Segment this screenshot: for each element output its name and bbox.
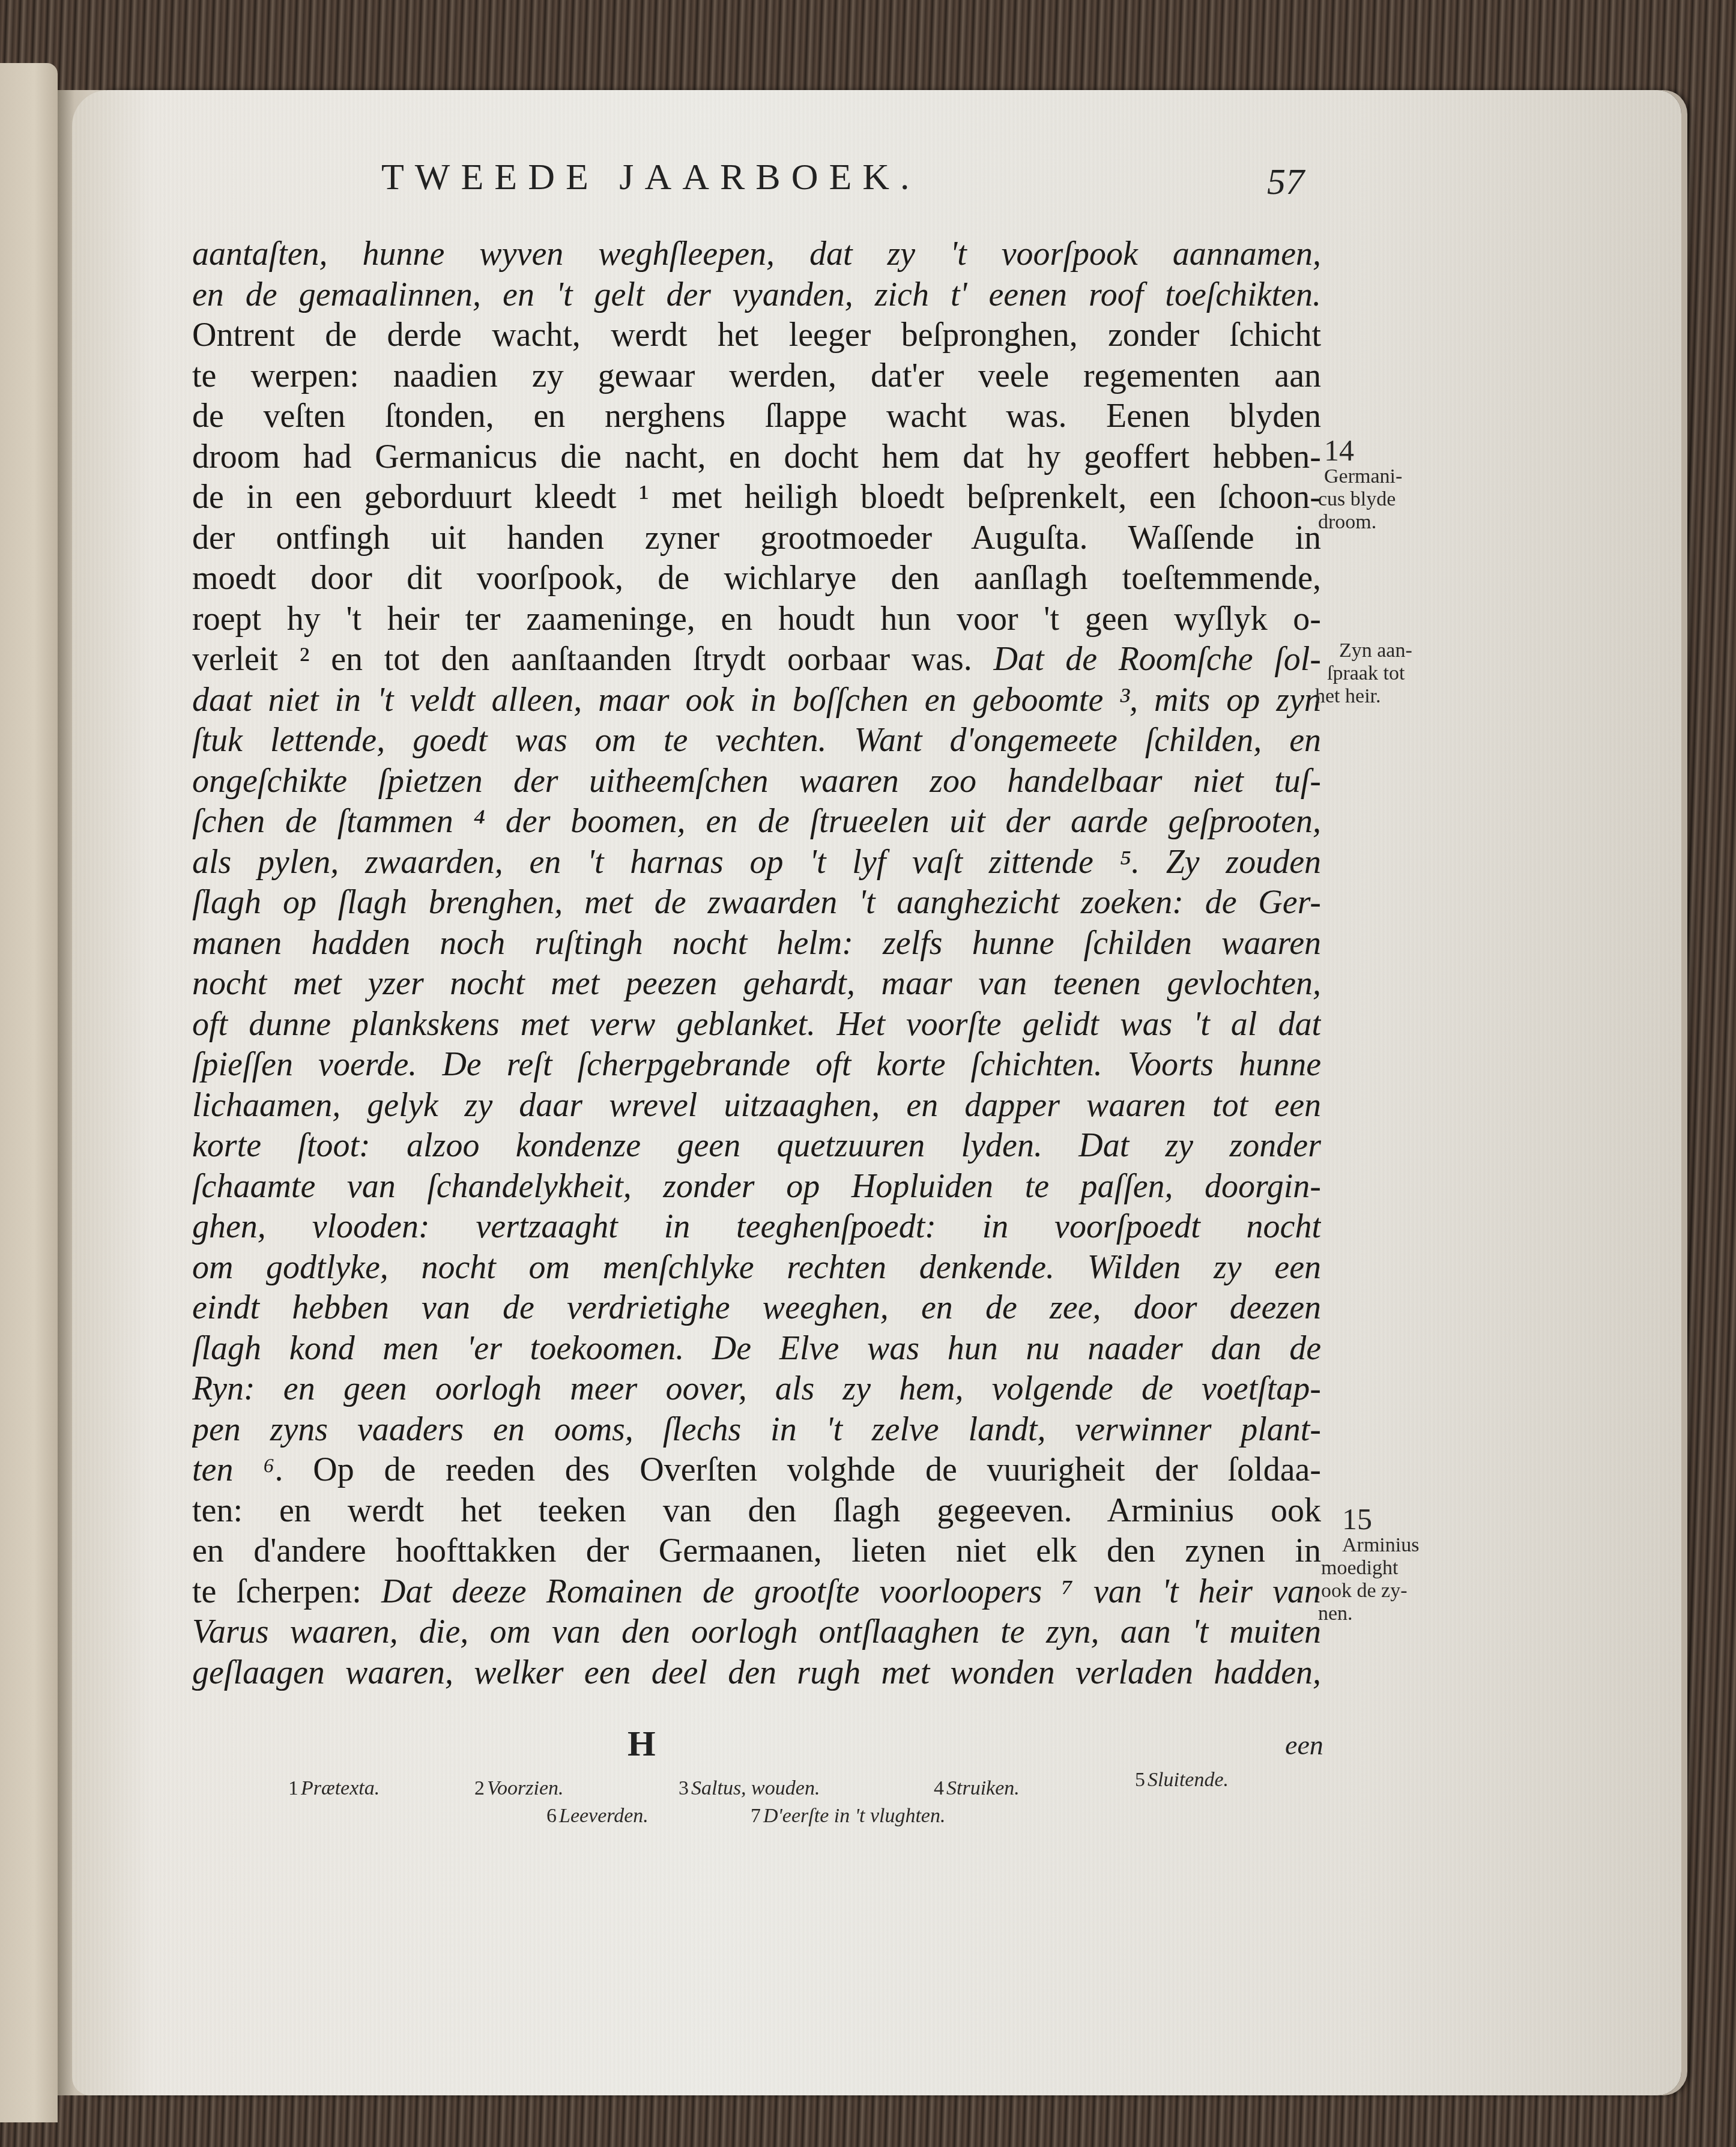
text-line: als pylen, zwaarden, en 't harnas op 't … [192,842,1321,883]
text-line: lichaamen, gelyk zy daar wrevel uitzaagh… [192,1086,1321,1126]
footnote-4: 4Struiken. [934,1777,1020,1800]
text-line: ſlagh kond men 'er toekoomen. De Elve wa… [192,1329,1321,1369]
text-line: droom had Germanicus die nacht, en docht… [192,437,1321,478]
body-text: aantaſten, hunne wyven weghſleepen, dat … [192,234,1321,1693]
text-line: eindt hebben van de verdrietighe weeghen… [192,1288,1321,1329]
section-number: 15 [1330,1504,1450,1534]
margin-line: het heir. [1315,685,1447,708]
margin-line: moedight [1321,1557,1450,1580]
text-line: Ryn: en geen oorlogh meer oover, als zy … [192,1369,1321,1410]
footnote-7: 7D'eerſte in 't vlughten. [751,1805,945,1828]
text-line: geſlaagen waaren, welker een deel den ru… [192,1653,1321,1694]
italic-run: ten ⁶ [192,1451,275,1488]
margin-line: nen. [1318,1602,1450,1625]
margin-line: cus blyde [1318,488,1438,511]
margin-line: droom. [1318,511,1438,534]
margin-note-14: 14 Germani- cus blyde droom. [1318,435,1438,534]
margin-line: Zyn aan- [1327,639,1447,662]
text-line: verleit ² en tot den aanſtaanden ſtrydt … [192,639,1321,680]
text-line: om godtlyke, nocht om menſchlyke rechten… [192,1248,1321,1288]
text-line: ten ⁶. Op de reeden des Overſten volghde… [192,1450,1321,1491]
text-line: Ontrent de derde wacht, werdt het leeger… [192,315,1321,356]
text-line: ghen, vlooden: vertzaaght in teeghenſpoe… [192,1207,1321,1248]
margin-note-15: 15 Arminius moedight ook de zy- nen. [1330,1504,1450,1625]
roman-run: verleit ² en tot den aanſtaanden ſtrydt … [192,641,993,678]
text-line: ſpieſſen voerde. De reſt ſcherpgebrande … [192,1045,1321,1086]
footnote-3: 3Saltus, wouden. [679,1777,820,1800]
text-line: te werpen: naadien zy gewaar werden, dat… [192,356,1321,397]
italic-run: Dat de Roomſche ſol- [993,641,1321,678]
signature-mark: H [628,1723,656,1765]
text-line: roept hy 't heir ter zaameninge, en houd… [192,599,1321,640]
section-number: 14 [1318,435,1438,465]
italic-run: Dat deeze Romainen de grootſte voorloope… [381,1573,1321,1610]
text-line: de veſten ſtonden, en nerghens ſlappe wa… [192,396,1321,437]
text-line: te ſcherpen: Dat deeze Romainen de groot… [192,1572,1321,1613]
facing-left-page-edge [0,63,58,2122]
roman-run: te ſcherpen: [192,1573,381,1610]
text-line: oft dunne plankskens met verw geblanket.… [192,1004,1321,1045]
margin-note-aanspraak: Zyn aan- ſpraak tot het heir. [1327,639,1447,708]
footnotes: 1Prætexta. 2Voorzien. 3Saltus, wouden. 4… [288,1777,1309,1832]
footnote-5: 5Sluitende. [1135,1769,1229,1792]
text-line: ſlagh op ſlagh brenghen, met de zwaarden… [192,883,1321,923]
running-head: TWEEDE JAARBOEK. [381,156,921,199]
footnote-2: 2Voorzien. [474,1777,564,1800]
text-line: ſchen de ſtammen ⁴ der boomen, en de ſtr… [192,802,1321,842]
footnote-6: 6Leeverden. [546,1805,649,1828]
text-line: en de gemaalinnen, en 't gelt der vyande… [192,275,1321,316]
text-line: korte ſtoot: alzoo kondenze geen quetzuu… [192,1126,1321,1167]
text-line: ſchaamte van ſchandelykheit, zonder op H… [192,1167,1321,1207]
margin-line: ook de zy- [1321,1580,1450,1602]
text-line: ten: en werdt het teeken van den ſlagh g… [192,1491,1321,1532]
text-line: nocht met yzer nocht met peezen gehardt,… [192,964,1321,1004]
text-line: aantaſten, hunne wyven weghſleepen, dat … [192,234,1321,275]
text-line: de in een geborduurt kleedt ¹ met heilig… [192,477,1321,518]
page-number: 57 [1267,161,1304,204]
text-line: der ontfingh uit handen zyner grootmoede… [192,518,1321,559]
margin-line: Germani- [1318,465,1438,488]
footnote-1: 1Prætexta. [288,1777,380,1800]
margin-line: Arminius [1330,1534,1450,1557]
text-line: pen zyns vaaders en ooms, ſlechs in 't z… [192,1410,1321,1451]
margin-line: ſpraak tot [1327,662,1447,685]
book-page: TWEEDE JAARBOEK. 57 aantaſten, hunne wyv… [72,90,1681,2095]
catchword: een [1285,1729,1323,1761]
text-line: ongeſchikte ſpietzen der uitheemſchen wa… [192,761,1321,802]
text-line: ſtuk lettende, goedt was om te vechten. … [192,720,1321,761]
text-line: en d'andere hoofttakken der Germaanen, l… [192,1531,1321,1572]
text-line: Varus waaren, die, om van den oorlogh on… [192,1612,1321,1653]
text-line: manen hadden noch ruſtingh nocht helm: z… [192,923,1321,964]
roman-run: . Op de reeden des Overſten volghde de v… [275,1451,1321,1488]
text-line: daat niet in 't veldt alleen, maar ook i… [192,680,1321,721]
text-line: moedt door dit voorſpook, de wichlarye d… [192,558,1321,599]
